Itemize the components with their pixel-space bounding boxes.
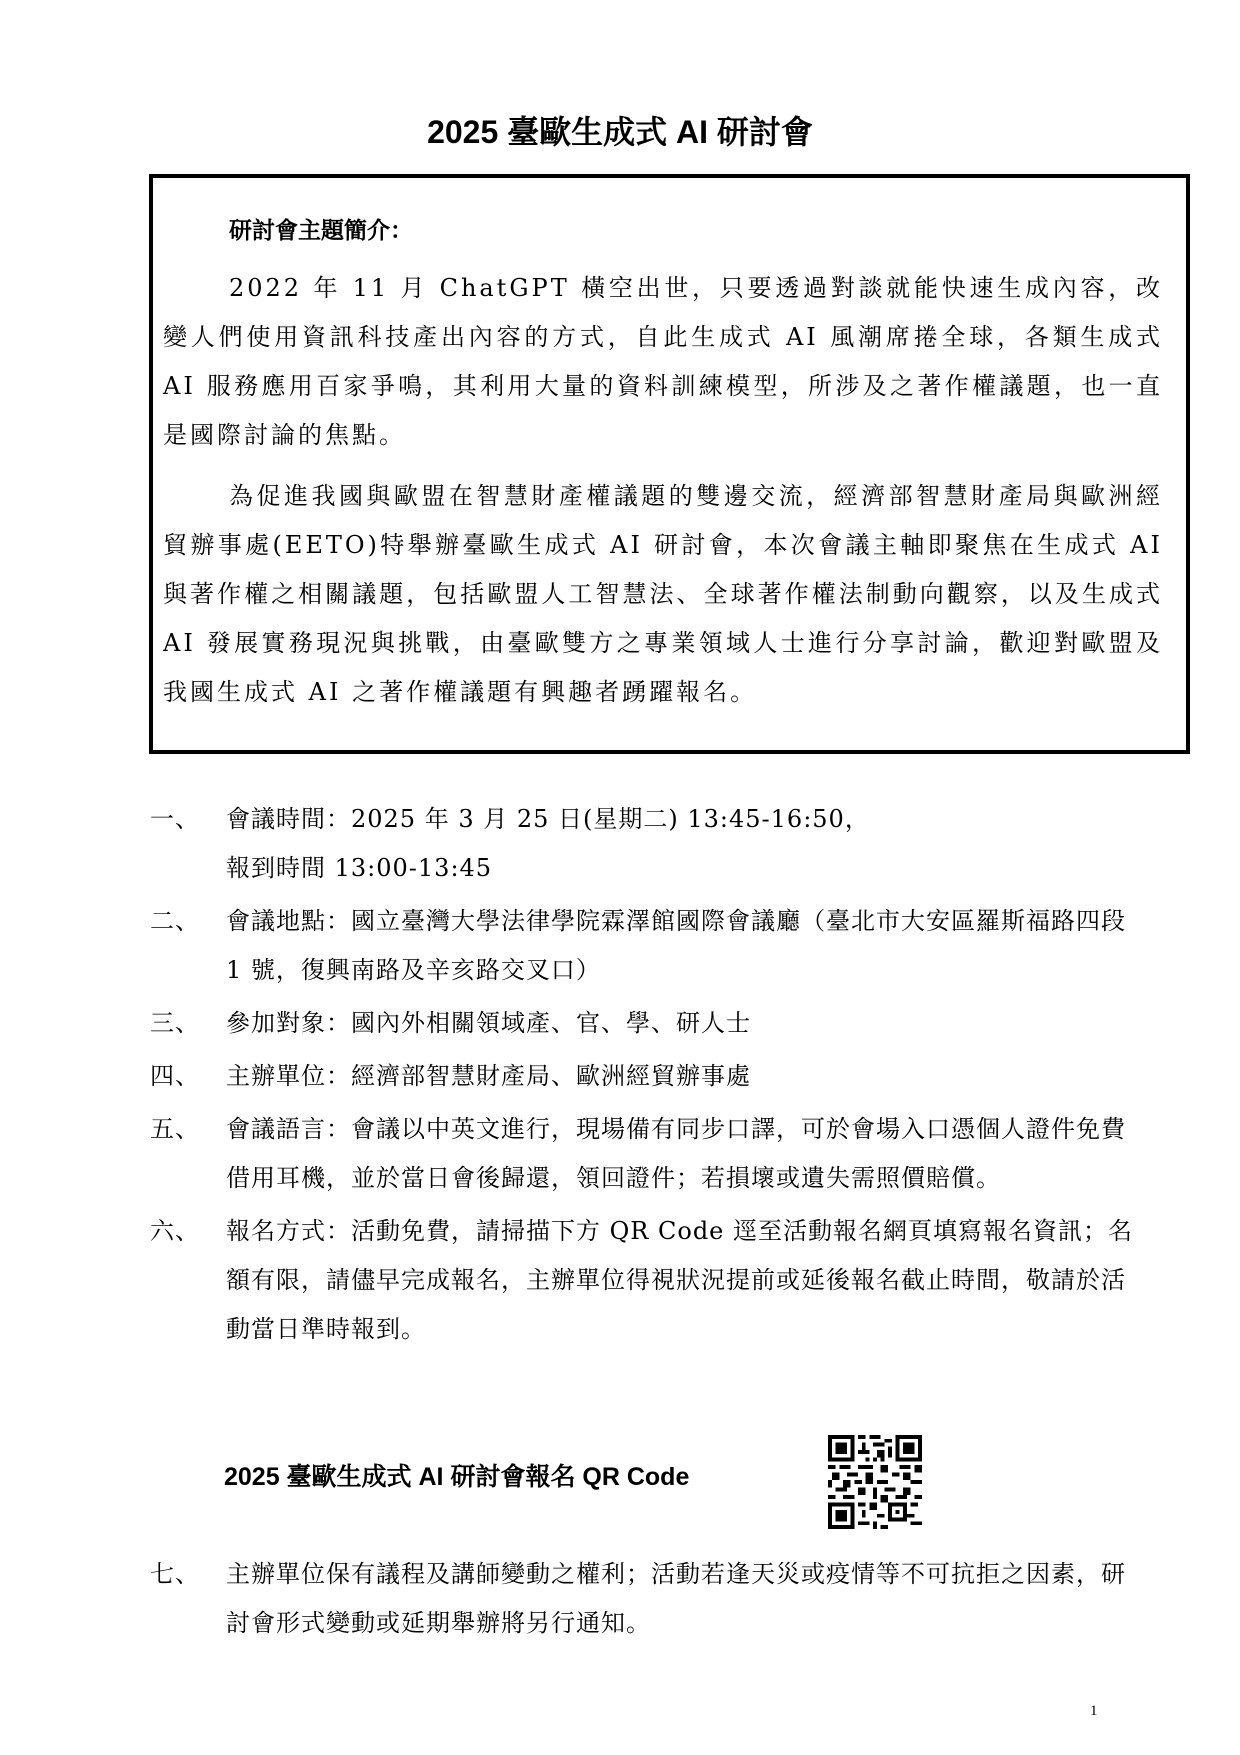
info-list-continued: 七、 主辦單位保有議程及講師變動之權利；活動若逢天災或疫情等不可抗拒之因素，研討… bbox=[150, 1550, 1150, 1652]
list-item-registration: 六、 報名方式：活動免費，請掃描下方 QR Code 逕至活動報名網頁填寫報名資… bbox=[150, 1207, 1150, 1354]
list-text-checkin: 報到時間 13:00-13:45 bbox=[226, 844, 1150, 893]
list-item-venue: 二、 會議地點：國立臺灣大學法律學院霖澤館國際會議廳（臺北市大安區羅斯福路四段 … bbox=[150, 897, 1150, 995]
intro-paragraph-1: 2022 年 11 月 ChatGPT 橫空出世，只要透過對談就能快速生成內容，… bbox=[163, 264, 1163, 460]
list-number: 三、 bbox=[150, 999, 226, 1048]
list-text: 會議語言：會議以中英文進行，現場備有同步口譯，可於會場入口憑個人證件免費借用耳機… bbox=[226, 1105, 1150, 1203]
qr-label: 2025 臺歐生成式 AI 研討會報名 QR Code bbox=[224, 1457, 689, 1497]
list-text: 主辦單位：經濟部智慧財產局、歐洲經貿辦事處 bbox=[226, 1052, 1150, 1101]
list-text: 會議時間：2025 年 3 月 25 日(星期二) 13:45-16:50， bbox=[226, 795, 1150, 844]
list-text: 會議地點：國立臺灣大學法律學院霖澤館國際會議廳（臺北市大安區羅斯福路四段 1 號… bbox=[226, 897, 1150, 995]
list-number: 二、 bbox=[150, 897, 226, 946]
qr-code-icon[interactable] bbox=[828, 1435, 922, 1529]
page-number: 1 bbox=[1090, 1703, 1098, 1720]
intro-paragraph-2: 為促進我國與歐盟在智慧財產權議題的雙邊交流，經濟部智慧財產局與歐洲經貿辦事處(E… bbox=[163, 472, 1163, 717]
list-number: 一、 bbox=[150, 795, 226, 844]
list-item-time: 一、 會議時間：2025 年 3 月 25 日(星期二) 13:45-16:50… bbox=[150, 795, 1150, 893]
list-number: 五、 bbox=[150, 1105, 226, 1154]
list-text: 主辦單位保有議程及講師變動之權利；活動若逢天災或疫情等不可抗拒之因素，研討會形式… bbox=[226, 1550, 1150, 1648]
info-list: 一、 會議時間：2025 年 3 月 25 日(星期二) 13:45-16:50… bbox=[150, 795, 1150, 1358]
list-item-audience: 三、 參加對象：國內外相關領域產、官、學、研人士 bbox=[150, 999, 1150, 1048]
list-item-disclaimer: 七、 主辦單位保有議程及講師變動之權利；活動若逢天災或疫情等不可抗拒之因素，研討… bbox=[150, 1550, 1150, 1648]
list-number: 七、 bbox=[150, 1550, 226, 1599]
intro-heading: 研討會主題簡介： bbox=[229, 214, 413, 248]
list-number: 六、 bbox=[150, 1207, 226, 1256]
list-number: 四、 bbox=[150, 1052, 226, 1101]
document-title: 2025 臺歐生成式 AI 研討會 bbox=[0, 108, 1240, 156]
list-item-organizers: 四、 主辦單位：經濟部智慧財產局、歐洲經貿辦事處 bbox=[150, 1052, 1150, 1101]
qr-section: 2025 臺歐生成式 AI 研討會報名 QR Code bbox=[224, 1435, 944, 1535]
list-item-language: 五、 會議語言：會議以中英文進行，現場備有同步口譯，可於會場入口憑個人證件免費借… bbox=[150, 1105, 1150, 1203]
intro-box: 研討會主題簡介： 2022 年 11 月 ChatGPT 橫空出世，只要透過對談… bbox=[149, 174, 1190, 754]
list-text: 報名方式：活動免費，請掃描下方 QR Code 逕至活動報名網頁填寫報名資訊；名… bbox=[226, 1207, 1150, 1354]
list-text: 參加對象：國內外相關領域產、官、學、研人士 bbox=[226, 999, 1150, 1048]
